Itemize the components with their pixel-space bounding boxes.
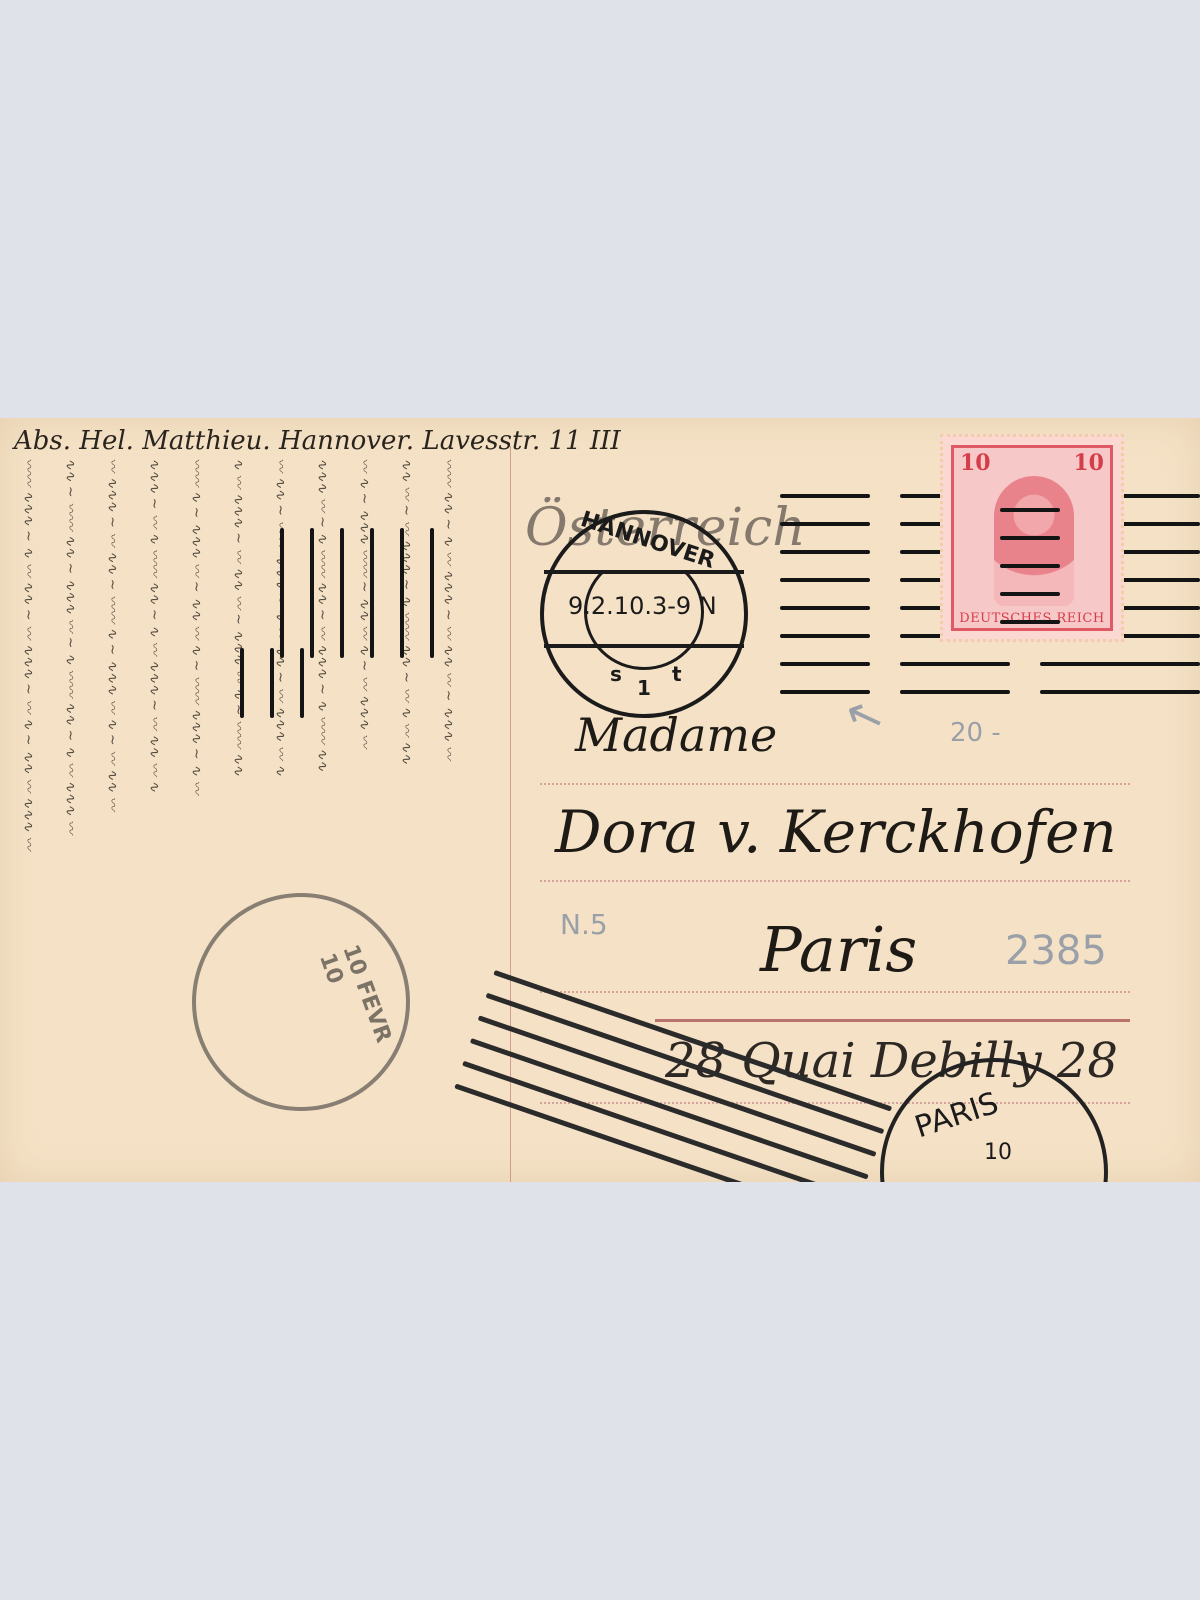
paris-postmark-city: PARIS — [911, 1086, 1003, 1146]
address-city: Paris — [760, 913, 917, 986]
hannover-postmark: HANNOVER 9.2.10.3-9 N s 1 t — [540, 510, 748, 718]
sender-line: Abs. Hel. Matthieu. Hannover. Lavesstr. … — [14, 426, 621, 456]
arrival-postmark: 10 FEVR 10 — [192, 893, 410, 1111]
message-column: 〰〰 ∿∿∿ ~ ∿ 〰 ∿∿ ~ 〰 ∿∿∿ ~ 〰 ∿ ~ ∿∿ 〰 ∿∿∿… — [14, 458, 42, 850]
germania-figure-icon — [994, 476, 1074, 606]
stamp-value-left: 10 — [960, 450, 991, 476]
message-column: 〰 ∿∿∿ ~ 〰 ∿∿ ~ 〰〰 ∿ ~ ∿∿∿ 〰 ∿ ~ 〰 ∿∿ 〰 — [98, 458, 126, 810]
postcard-back: Abs. Hel. Matthieu. Hannover. Lavesstr. … — [0, 418, 1200, 1182]
pencil-price: 20 - — [950, 718, 1001, 748]
postmark-s: s — [610, 662, 622, 686]
address-salutation: Madame — [575, 708, 777, 762]
pencil-ref-left: N.5 — [560, 908, 608, 941]
address-line — [540, 783, 1130, 785]
message-column: ∿∿ 〰 ~ 〰 ∿∿∿ ~ ∿ 〰〰 ∿∿ ~ 〰 ∿ 〰 ∿∿ — [392, 458, 420, 764]
arrival-postmark-text: 10 FEVR 10 — [314, 941, 409, 1090]
stamp-value-right: 10 — [1073, 450, 1104, 476]
card-divider — [510, 446, 511, 1182]
message-column: ∿∿ ~ 〰〰 ∿∿ ~ ∿∿∿ 〰 ~ ∿ 〰〰 ∿∿ ~ ∿ 〰 ∿∿∿ 〰 — [56, 458, 84, 834]
message-column: 〰〰 ∿ ~ ∿∿∿ 〰 ~ ∿∿ 〰 ∿ ~ 〰〰 ∿∿∿ ~ ∿ 〰 — [182, 458, 210, 794]
postmark-1: 1 — [637, 676, 651, 700]
paris-postmark-digits: 10 — [984, 1140, 1012, 1165]
message-column: 〰〰 ∿∿ ~ ∿ 〰 ∿∿∿ ~ 〰 ∿∿ 〰 ~ ∿∿∿ 〰 — [434, 458, 462, 760]
address-line — [540, 991, 1130, 993]
postmark-t: t — [672, 662, 682, 686]
postmark-date: 9.2.10.3-9 N — [568, 592, 717, 620]
message-column: ∿∿∿ ~ 〰 ∿ 〰〰 ∿∿ ~ ∿ 〰 ∿∿∿ ~ 〰 ∿∿ 〰 ∿ — [140, 458, 168, 792]
address-line — [540, 880, 1130, 882]
pencil-ref-right: 2385 — [1005, 928, 1107, 974]
address-line-solid — [655, 1019, 1130, 1022]
message-column: ∿ 〰 ∿∿∿ ~ 〰 ∿∿ 〰 ~ ∿∿∿ 〰 ∿ ~ 〰〰 ∿∿ — [224, 458, 252, 776]
address-name: Dora v. Kerckhofen — [555, 798, 1117, 866]
